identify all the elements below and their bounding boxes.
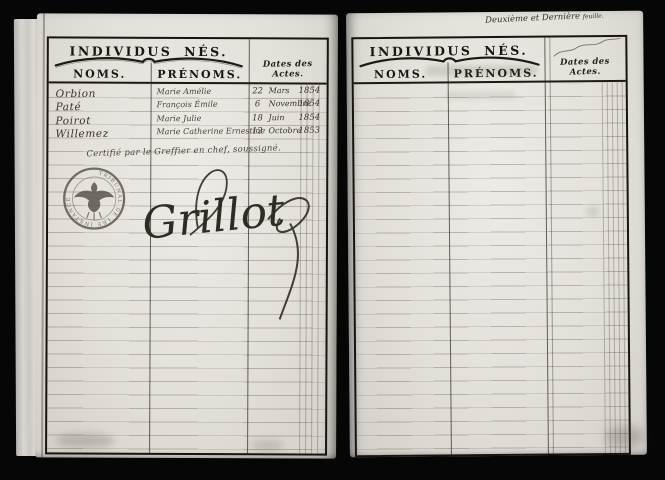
top-note-main: Deuxième et Dernière xyxy=(485,12,580,26)
column-header-dates: Dates des Actes. xyxy=(544,56,625,78)
column-header-dates: Dates des Actes. xyxy=(249,59,327,80)
entry-jour: 12 xyxy=(250,126,264,136)
paper-stain xyxy=(586,206,600,216)
page-fold-line xyxy=(41,13,44,457)
entry-jour: 6 xyxy=(250,99,264,109)
entry-prenoms: Marie Julie xyxy=(156,113,252,123)
table-row: Willemez Marie Catherine Ernestine 12 Oc… xyxy=(48,126,326,142)
register-scan: INDIVIDUS NÉS. NOMS. PRÉNOMS. Dates des … xyxy=(0,0,665,480)
entry-prenoms: Marie Catherine Ernestine xyxy=(156,126,252,136)
entry-prenoms: François Émile xyxy=(157,99,253,109)
paper-stain xyxy=(55,433,115,447)
paper-stain xyxy=(605,426,645,448)
entry-nom: Willemez xyxy=(55,127,150,140)
left-register-table: INDIVIDUS NÉS. NOMS. PRÉNOMS. Dates des … xyxy=(45,36,329,455)
entry-annee: 1853 xyxy=(298,126,324,136)
signature-text: Grillot xyxy=(140,185,287,250)
entry-jour: 22 xyxy=(251,86,265,96)
column-header-noms: NOMS. xyxy=(49,67,151,80)
table-row: Paté François Émile 6 Novembre 1854 xyxy=(49,99,327,115)
signature: Grillot xyxy=(130,143,331,334)
entry-nom: Orbion xyxy=(56,87,151,100)
entry-annee: 1854 xyxy=(298,113,324,123)
entry-annee: 1854 xyxy=(298,99,324,109)
top-right-note: Deuxième et Dernière feuille. xyxy=(485,9,635,26)
entry-annee: 1854 xyxy=(299,86,325,96)
ink-bleed-ghost xyxy=(426,65,538,77)
right-register-table: INDIVIDUS NÉS. NOMS. PRÉNOMS. Dates des … xyxy=(351,35,631,457)
left-page: INDIVIDUS NÉS. NOMS. PRÉNOMS. Dates des … xyxy=(35,13,338,458)
entry-nom: Poirot xyxy=(55,114,150,127)
entry-nom: Paté xyxy=(56,100,151,113)
paper-stain xyxy=(250,439,284,451)
handwritten-scribble xyxy=(549,38,625,57)
entry-jour: 18 xyxy=(250,113,264,123)
entry-prenoms: Marie Amélie xyxy=(157,86,253,96)
top-note-small: feuille. xyxy=(583,13,604,21)
ruled-lines xyxy=(354,83,629,455)
column-header-prenoms: PRÉNOMS. xyxy=(151,68,249,81)
notary-stamp: TRIBUNAL DE 1RE INSTANCE xyxy=(62,166,126,230)
right-page: Deuxième et Dernière feuille. INDIVIDUS … xyxy=(346,11,647,458)
